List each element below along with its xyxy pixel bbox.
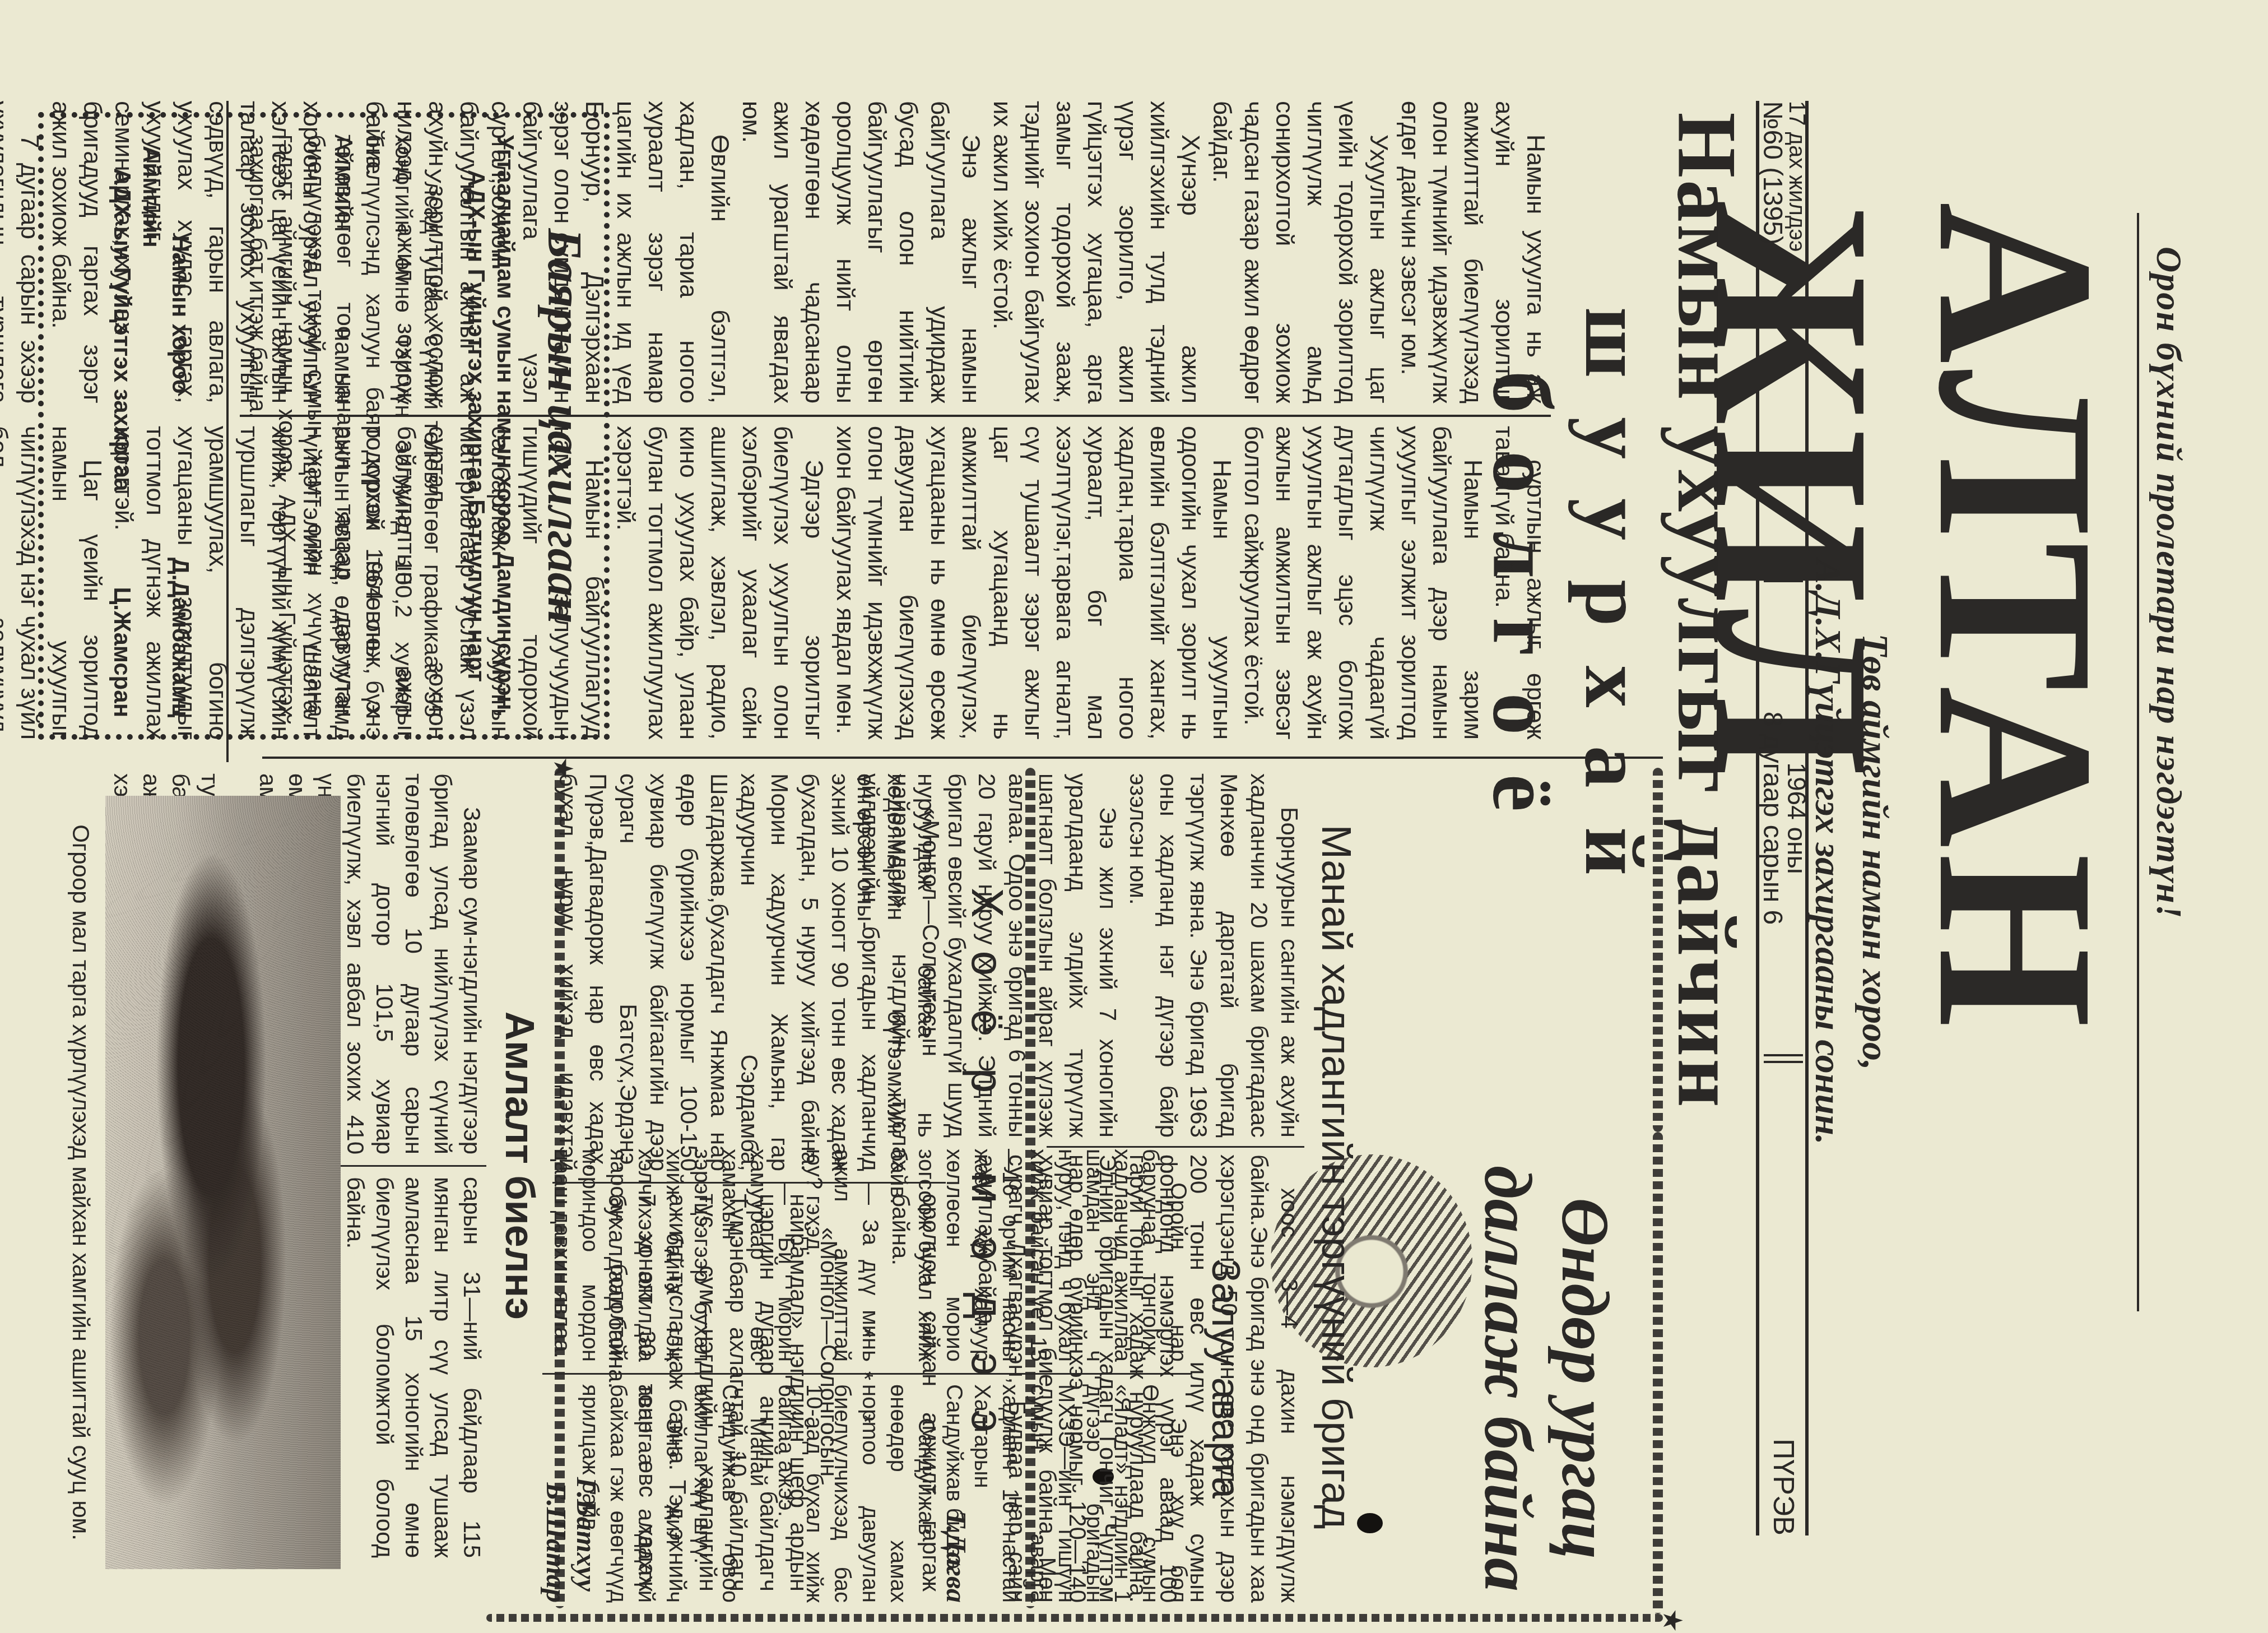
signature-row: Намын хороо Д.Дамбажамц	[166, 134, 195, 717]
newspaper-scan: Орон бүхний пролетари нар нэгдэгтүн! АЛТ…	[0, 0, 2268, 1633]
signer-name: Д.Дамбажамц	[166, 558, 195, 717]
paragraph: Намын ухуулгын одоогийн чухал зорилт нь …	[829, 426, 1237, 740]
ornamental-border	[555, 768, 565, 1608]
star-icon: ★	[549, 757, 576, 781]
brigade-headline: Манай хадлангийн тэргүүний бригад	[1313, 773, 1360, 1580]
paragraph: Улсад тушаах сүүний төлөвлөгөөг графикаа…	[243, 134, 447, 717]
signer-name: Ц.Жамсран	[108, 587, 137, 717]
paragraph: Намын зарим байгууллага дээр намын ухуул…	[1237, 426, 1488, 740]
divider	[1756, 101, 1759, 1535]
yurt-herders-photo	[105, 796, 341, 1569]
paragraph: суртлын ажлыг өргөж таваагүй байна.	[1488, 426, 1551, 740]
signature: Г.Батхуу	[571, 1194, 602, 1592]
issue-date: 1964 оны 8 дугаар сарын 6	[1759, 582, 1808, 1055]
paragraph: Ухуулгын ажлыг цаг үеийн тодорхой зорилт…	[1206, 101, 1394, 403]
punch-hole	[1357, 1513, 1383, 1533]
headline-line: Намын ухуулгыг дайчин	[1660, 101, 1753, 1121]
telegram-addressee: Угтаалцайдам сумын намын хороо Дамдинсүр…	[462, 134, 520, 717]
weekday: ПҮРЭВ	[1767, 1063, 1800, 1535]
paragraph: Хүнээр ажил хийлгэхийн тулд тэдний үүрэг…	[986, 101, 1206, 403]
news-items: «Монгол—Солонгосын найрамдал» нэгдлийн т…	[552, 773, 946, 1592]
telegram-body: Улсад тушаах сүүний төлөвлөгөөг графикаа…	[243, 134, 447, 717]
news-headline: Хоёр мэдээ	[961, 773, 1013, 1580]
divider	[1764, 573, 1803, 582]
paragraph: Энэ ажлыг намын байгууллага удирдаж буса…	[735, 101, 986, 403]
signer-org: Намын хороо	[166, 134, 195, 394]
ornamental-border	[486, 1614, 1663, 1622]
signature-row: АДХ-ын Гүйцэтгэх захиргаа Ц.Жамсран	[108, 134, 137, 717]
paragraph: Намын ухуулга нь аж ахуйн зорилтыг амжил…	[1394, 101, 1551, 403]
subtitle-line: Төв аймгийн намын хороо,	[1851, 235, 1898, 1468]
column-rule	[262, 757, 1663, 759]
paragraph: Борнуурын сангийн аж ахуйн хадланчин 20 …	[1123, 773, 1304, 1138]
headline-line: Өндөр ургац	[1546, 1149, 1624, 1608]
paragraph: хоос 3—4 дахин нэмэгдүүлж байна.Энэ бриг…	[972, 1154, 1304, 1603]
pledge-headline: Амлалт биелнэ	[496, 773, 542, 1558]
date-text: 8 дугаар сарын 6	[1759, 582, 1786, 1055]
volume: 17 дах жилдээ №60 (1395)	[1759, 101, 1808, 573]
addressee-line: Угтаалцайдам сумын намын хороо Дамдинсүр…	[491, 134, 520, 717]
column-rule	[1047, 1146, 1304, 1148]
masthead-subtitle: Төв аймгийн намын хороо, А.Д.Х.Гүйцэтгэх…	[1804, 235, 1898, 1468]
masthead-slogan: Орон бүхний пролетари нар нэгдэгтүн!	[2148, 247, 2190, 920]
newspaper-page: Орон бүхний пролетари нар нэгдэгтүн! АЛТ…	[0, 0, 2268, 1633]
addressee-line: АДХ-ын Гүйцэтгэх захиргаа Батчулуун нарт	[462, 134, 491, 717]
year-text: 1964 оны	[1786, 582, 1808, 1055]
masthead: Орон бүхний пролетари нар нэгдэгтүн! АЛТ…	[1764, 101, 2190, 1535]
issue-number: №60 (1395)	[1759, 101, 1786, 573]
signer-org: Аймгийн	[137, 134, 166, 717]
photo-caption: Огроор мал тарга хүрлүүлэхэд майхан хамг…	[67, 796, 94, 1569]
volume-text: 17 дах жилдээ	[1786, 101, 1808, 573]
divider	[1764, 1054, 1803, 1063]
star-icon: ★	[1658, 1608, 1685, 1632]
ornamental-border	[1653, 1132, 1663, 1614]
telegram-signatures: Намын хороо Д.Дамбажамц Аймгийн АДХ-ын Г…	[108, 134, 195, 717]
dateline: 17 дах жилдээ №60 (1395) 1964 оны 8 дуга…	[1764, 101, 1803, 1535]
paragraph: Эдгээр зорилтыг биелүүлэх ухуулгын олон …	[610, 426, 829, 740]
ornamental-border	[1653, 768, 1663, 1132]
asterism: ***	[849, 1194, 880, 1592]
headline-line: даллаж байна	[1469, 1149, 1546, 1608]
side-feature-headline: Өндөр ургац даллаж байна	[1469, 1149, 1624, 1608]
telegram-headline: Баярын цахилгаан	[537, 123, 593, 729]
signer-org: АДХ-ын Гүйцэтгэх захиргаа	[108, 134, 137, 491]
news-item: «Монгол—Солонгосын найрамдал» нэгдлийн ш…	[602, 1194, 844, 1592]
